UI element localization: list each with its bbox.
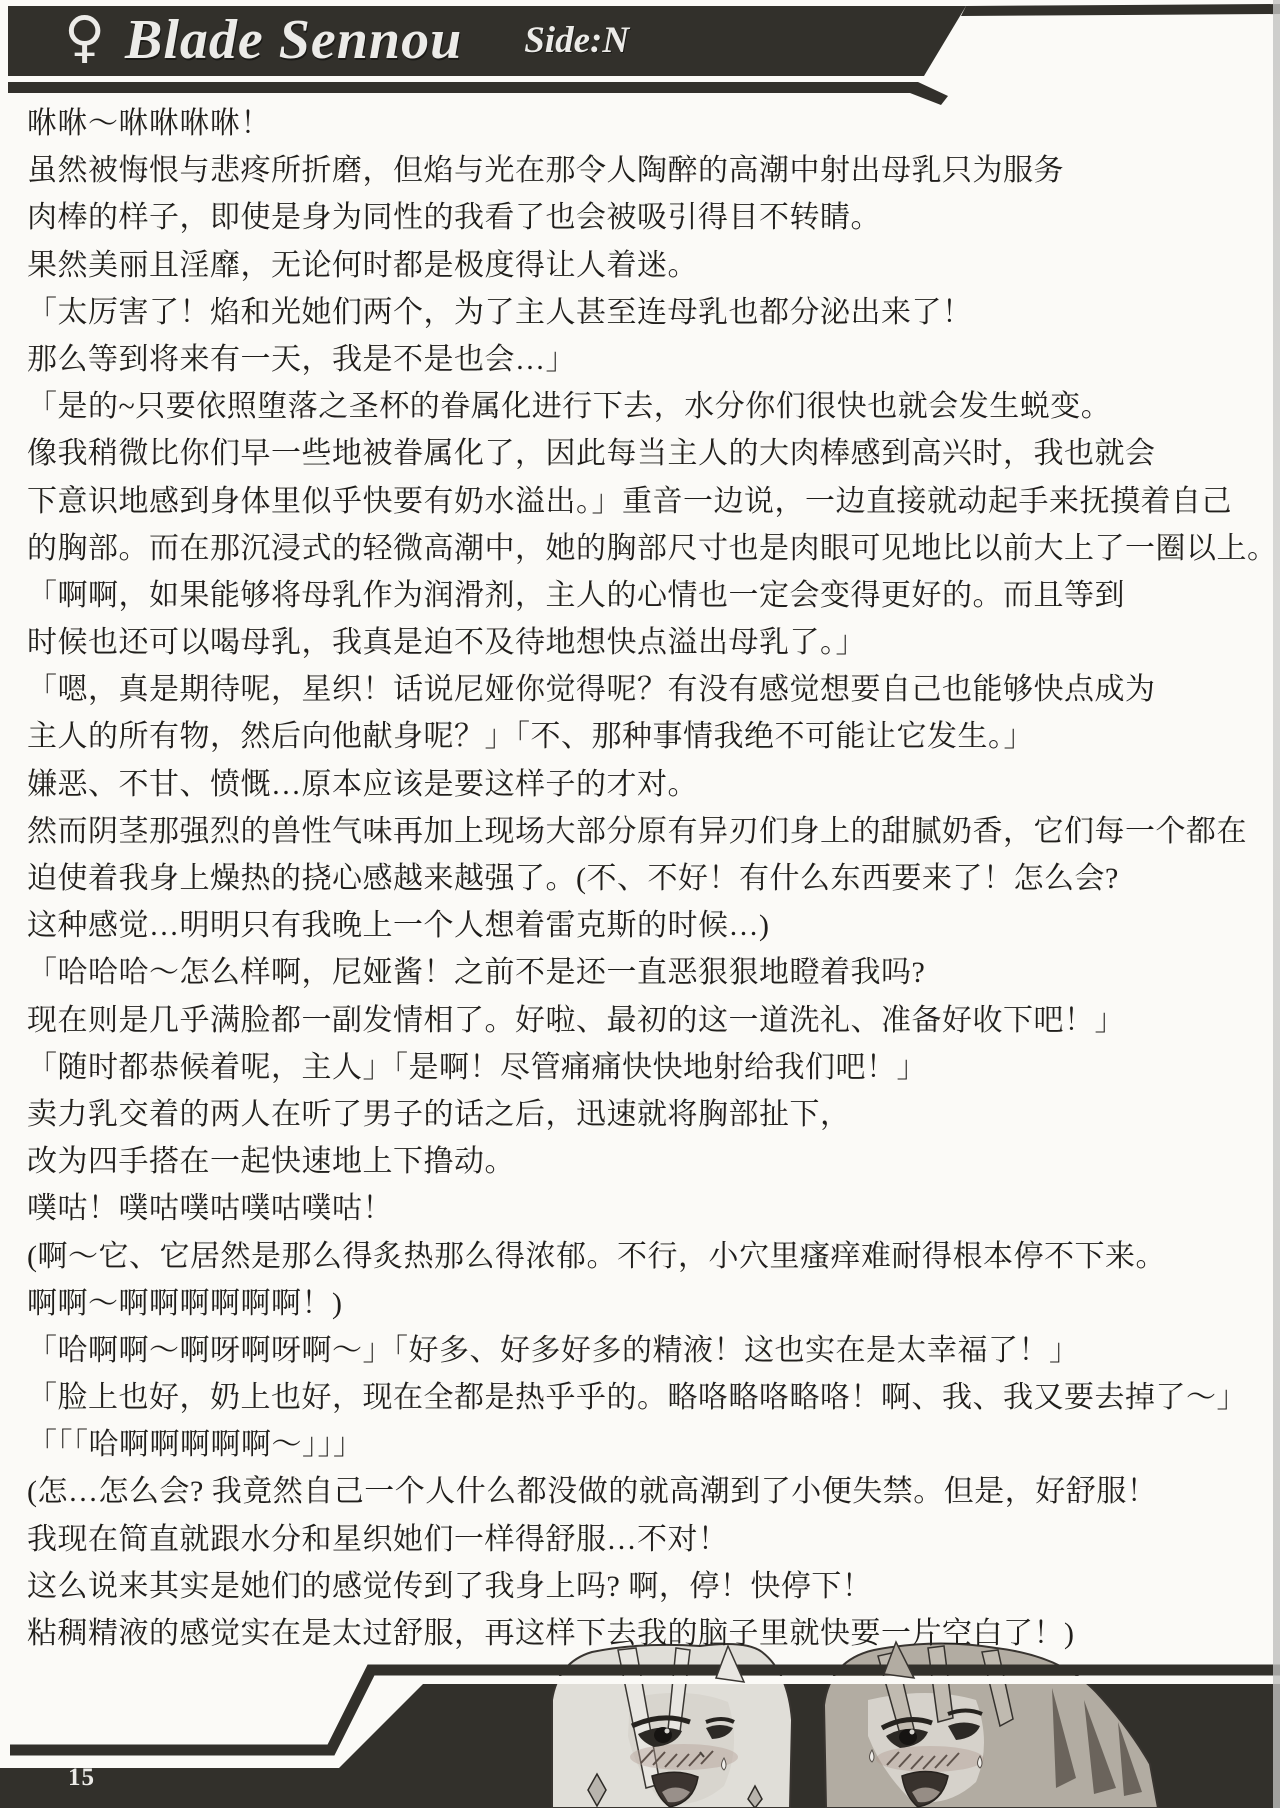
text-line: 「哈啊啊～啊呀啊呀啊～」「好多、好多好多的精液！这也实在是太幸福了！」 bbox=[27, 1327, 1275, 1374]
text-line: (啊～它、它居然是那么得炙热那么得浓郁。不行，小穴里瘙痒难耐得根本停不下来。 bbox=[27, 1233, 1275, 1280]
header: ♀ Blade Sennou Side:N bbox=[0, 4, 940, 76]
text-line: 改为四手搭在一起快速地上下撸动。 bbox=[27, 1138, 1275, 1185]
footer-banner-graphic bbox=[0, 1640, 1280, 1808]
text-line: 迫使着我身上燥热的挠心感越来越强了。(不、不好！有什么东西要来了！怎么会? bbox=[27, 855, 1275, 902]
text-line: 像我稍微比你们早一些地被眷属化了，因此每当主人的大肉棒感到高兴时，我也就会 bbox=[27, 430, 1275, 477]
text-line: 这种感觉…明明只有我晚上一个人想着雷克斯的时候…) bbox=[27, 902, 1275, 949]
text-line: 咻咻～咻咻咻咻！ bbox=[27, 100, 1275, 147]
text-line: 时候也还可以喝母乳，我真是迫不及待地想快点溢出母乳了。」 bbox=[27, 619, 1275, 666]
header-top-rule bbox=[961, 4, 1280, 16]
text-line: 噗咕！噗咕噗咕噗咕噗咕！ bbox=[27, 1185, 1275, 1232]
text-line: 下意识地感到身体里似乎快要有奶水溢出。」重音一边说，一边直接就动起手来抚摸着自己 bbox=[27, 478, 1275, 525]
scan-edge-artifact bbox=[1273, 0, 1280, 1808]
female-symbol-icon: ♀ bbox=[64, 10, 105, 66]
scanned-page: ♀ Blade Sennou Side:N 咻咻～咻咻咻咻！虽然被悔恨与悲疼所折… bbox=[0, 0, 1280, 1808]
text-line: 嫌恶、不甘、愤慨…原本应该是要这样子的才对。 bbox=[27, 761, 1275, 808]
page-title: Blade Sennou bbox=[125, 12, 462, 68]
text-line: 粘稠精液的感觉实在是太过舒服，再这样下去我的脑子里就快要一片空白了！) bbox=[27, 1610, 1275, 1657]
text-line: 「随时都恭候着呢，主人」「是啊！尽管痛痛快快地射给我们吧！」 bbox=[27, 1044, 1275, 1091]
text-line: 然而阴茎那强烈的兽性气味再加上现场大部分原有异刃们身上的甜腻奶香，它们每一个都在 bbox=[27, 808, 1275, 855]
text-line: 这么说来其实是她们的感觉传到了我身上吗? 啊，停！快停下！ bbox=[27, 1563, 1275, 1610]
text-line: 虽然被悔恨与悲疼所折磨，但焰与光在那令人陶醉的高潮中射出母乳只为服务 bbox=[27, 147, 1275, 194]
text-line: 啊啊～啊啊啊啊啊啊！) bbox=[27, 1280, 1275, 1327]
text-line: 「太厉害了！焰和光她们两个，为了主人甚至连母乳也都分泌出来了！ bbox=[27, 289, 1275, 336]
page-number: 15 bbox=[68, 1764, 95, 1792]
text-line: 「「「哈啊啊啊啊啊～」」」 bbox=[27, 1421, 1275, 1468]
text-line: 那么等到将来有一天，我是不是也会…」 bbox=[27, 336, 1275, 383]
text-line: 现在则是几乎满脸都一副发情相了。好啦、最初的这一道洗礼、准备好收下吧！」 bbox=[27, 997, 1275, 1044]
text-line: 「哈哈哈～怎么样啊，尼娅酱！之前不是还一直恶狠狠地瞪着我吗? bbox=[27, 949, 1275, 996]
text-line: (怎…怎么会? 我竟然自己一个人什么都没做的就高潮到了小便失禁。但是，好舒服！ bbox=[27, 1468, 1275, 1515]
body-text: 咻咻～咻咻咻咻！虽然被悔恨与悲疼所折磨，但焰与光在那令人陶醉的高潮中射出母乳只为… bbox=[27, 100, 1275, 1657]
text-line: 「啊啊，如果能够将母乳作为润滑剂，主人的心情也一定会变得更好的。而且等到 bbox=[27, 572, 1275, 619]
text-line: 卖力乳交着的两人在听了男子的话之后，迅速就将胸部扯下， bbox=[27, 1091, 1275, 1138]
side-label: Side:N bbox=[524, 22, 629, 59]
text-line: 肉棒的样子，即使是身为同性的我看了也会被吸引得目不转睛。 bbox=[27, 194, 1275, 241]
text-line: 「嗯，真是期待呢，星织！话说尼娅你觉得呢？有没有感觉想要自己也能够快点成为 bbox=[27, 666, 1275, 713]
text-line: 主人的所有物，然后向他献身呢？」「不、那种事情我绝不可能让它发生。」 bbox=[27, 713, 1275, 760]
text-line: 「脸上也好，奶上也好，现在全都是热乎乎的。略咯略咯略咯！啊、我、我又要去掉了～」 bbox=[27, 1374, 1275, 1421]
text-line: 我现在简直就跟水分和星织她们一样得舒服…不对！ bbox=[27, 1516, 1275, 1563]
text-line: 的胸部。而在那沉浸式的轻微高潮中，她的胸部尺寸也是肉眼可见地比以前大上了一圈以上… bbox=[27, 525, 1275, 572]
text-line: 果然美丽且淫靡，无论何时都是极度得让人着迷。 bbox=[27, 242, 1275, 289]
text-line: 「是的~只要依照堕落之圣杯的眷属化进行下去，水分你们很快也就会发生蜕变。 bbox=[27, 383, 1275, 430]
